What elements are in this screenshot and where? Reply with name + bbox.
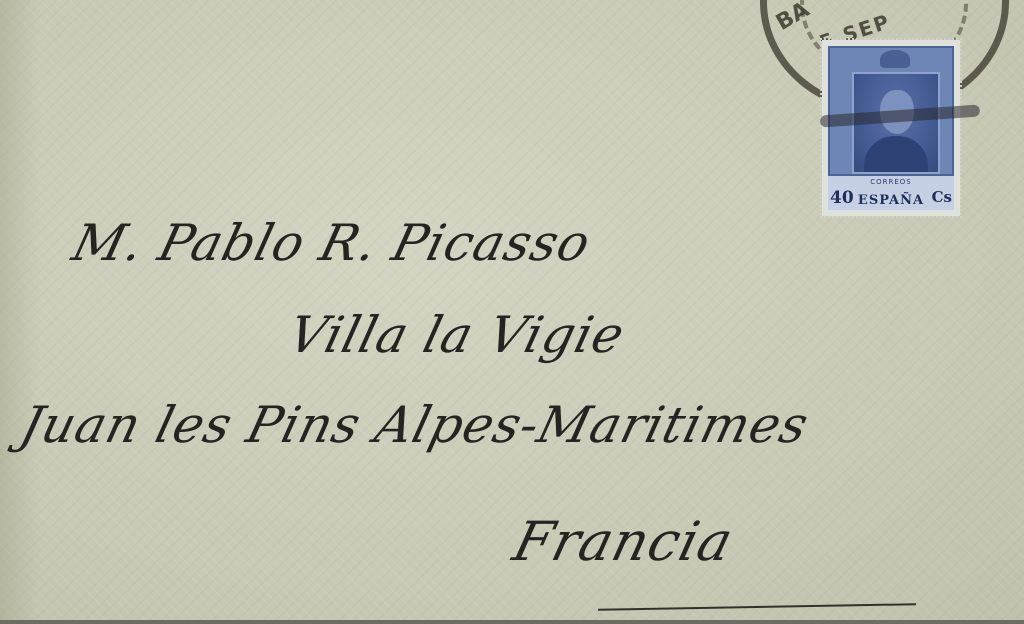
country-underline bbox=[598, 603, 916, 611]
address-country: Francia bbox=[507, 510, 740, 573]
stamp-value-panel: CORREOS 40 ESPAÑA Cs bbox=[828, 174, 954, 210]
photo-bottom-edge bbox=[0, 620, 1024, 624]
address-recipient: M. Pablo R. Picasso bbox=[67, 214, 597, 272]
crown-icon bbox=[880, 50, 910, 68]
stamp-header: CORREOS bbox=[828, 178, 954, 186]
envelope: BA 5 SEP CORREOS 40 ESPAÑA Cs M. Pablo R… bbox=[0, 0, 1024, 624]
address-town-region: Juan les Pins Alpes-Maritimes bbox=[15, 396, 815, 454]
postage-stamp: CORREOS 40 ESPAÑA Cs bbox=[824, 42, 958, 214]
address-villa: Villa la Vigie bbox=[283, 306, 631, 364]
portrait-uniform bbox=[864, 136, 928, 172]
envelope-edge-shadow bbox=[0, 0, 40, 624]
stamp-unit: Cs bbox=[932, 188, 952, 206]
